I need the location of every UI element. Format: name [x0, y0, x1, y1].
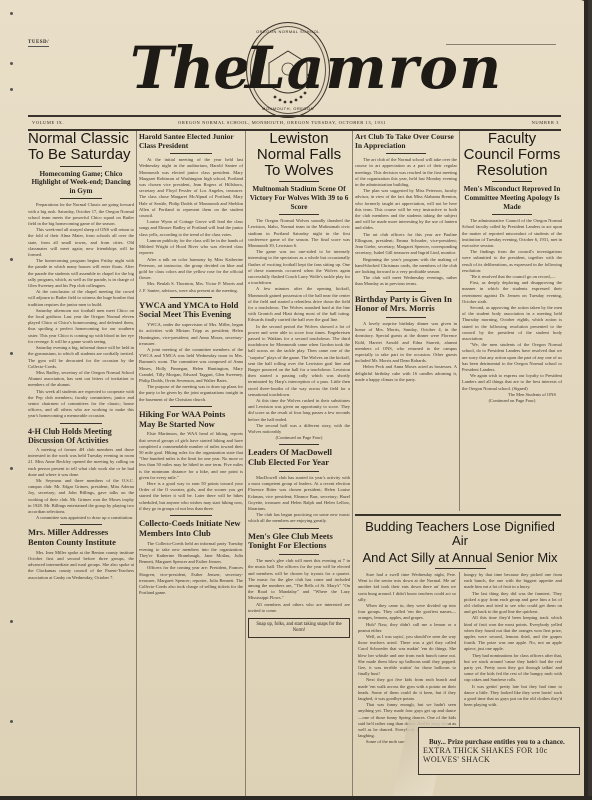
article-deck: Homecoming Game; Chico Highlight of Week… — [28, 170, 134, 196]
article: Men's Glee Club Meets Tonight For Electi… — [248, 532, 350, 614]
column-rule — [245, 131, 246, 796]
punch-hole — [10, 352, 13, 355]
column-2: Harold Santee Elected Junior Class Presi… — [139, 131, 243, 796]
divider — [60, 423, 102, 424]
column-1: Normal Classic To Be Saturday Homecoming… — [28, 131, 134, 796]
article: Collecto-Coeds Initiate New Members Into… — [139, 519, 243, 596]
divider — [170, 297, 212, 298]
article-headline: Lewiston Normal Falls To Wolves — [248, 131, 350, 178]
divider — [279, 181, 320, 182]
article: Normal Classic To Be Saturday Homecoming… — [28, 131, 134, 420]
divider — [170, 153, 212, 154]
continued-note: (Continued on Page Four) — [248, 435, 350, 441]
article-body: The art club of the Normal school will t… — [355, 157, 457, 287]
article: Hiking For WAA Points May Be Started Now… — [139, 410, 243, 512]
article: Faculty Council Forms Resolution Men's M… — [462, 131, 562, 404]
divider — [386, 317, 427, 318]
punch-hole — [10, 88, 13, 91]
masthead: The OREGON NORMAL SCHOOL MONMOUTH, OREGO… — [110, 30, 490, 110]
article-body: Mrs. Inez Miller spoke at the Benton cou… — [28, 550, 134, 581]
divider — [60, 166, 102, 167]
article-body-right: hungry by that time because they picked … — [464, 572, 562, 746]
article-body: Elsie Martinson, the WAA head of hiking,… — [139, 431, 243, 512]
page-edge — [0, 796, 592, 800]
article-deck: Multnomah Stadium Scene Of Victory For W… — [248, 185, 350, 211]
masthead-the: The — [130, 34, 249, 102]
article-headline: Birthday Party is Given In Honor of Mrs.… — [355, 295, 457, 315]
article: Mrs. Miller Addresses Benton County Inst… — [28, 528, 134, 581]
divider — [492, 181, 532, 182]
article-body: At the initial meeting of the year held … — [139, 157, 243, 293]
punch-hole — [10, 62, 13, 65]
article-headline: Hiking For WAA Points May Be Started Now — [139, 410, 243, 430]
article-deck: Men's Misconduct Reproved In Committee M… — [462, 185, 562, 211]
masthead-name: Lamron — [245, 34, 502, 102]
column-rule — [352, 131, 353, 796]
article-body: The administrative Council of the Oregon… — [462, 218, 562, 404]
article-headline: 4-H Club Holds Meeting Discussion Of Act… — [28, 427, 134, 445]
article-headline: Normal Classic To Be Saturday — [28, 131, 134, 163]
article-body: YWCA, under the supervision of Mrs. Mill… — [139, 322, 243, 403]
divider — [170, 515, 212, 516]
article-headline: Budding Teachers Lose Dignified Air — [358, 520, 562, 547]
article-body: The men's glee club will meet this eveni… — [248, 558, 350, 614]
column-3: Lewiston Normal Falls To Wolves Multnoma… — [248, 131, 350, 796]
divider — [386, 291, 427, 292]
punch-hole — [10, 12, 13, 15]
divider — [492, 214, 532, 215]
article-body: The Collecto-Coeds held an informal part… — [139, 541, 243, 597]
article-headline: Faculty Council Forms Resolution — [462, 131, 562, 178]
article-body: MacDowell club has started its year's ac… — [248, 475, 350, 525]
senior-mix-article: Budding Teachers Lose Dignified Air And … — [358, 520, 562, 746]
divider — [279, 214, 320, 215]
column-rule — [136, 131, 137, 796]
snap-notice-box: Snap up, folks, and start taking snaps f… — [248, 618, 350, 638]
dateline: VOLUME IX. OREGON NORMAL SCHOOL, MONMOUT… — [28, 115, 561, 131]
continued-note: (Continued on Page Four) — [462, 398, 562, 404]
article: Art Club To Take Over Course In Apprecia… — [355, 133, 457, 288]
divider — [279, 444, 320, 445]
punch-hole — [10, 467, 13, 470]
divider — [170, 406, 212, 407]
article: Leaders Of MacDowell Club Elected For Ye… — [248, 448, 350, 524]
article-body: The Oregon Normal Wolves soundly thrashe… — [248, 218, 350, 441]
ad-offer: EXTRA THICK SHAKES FOR 10c — [419, 746, 579, 755]
divider — [279, 471, 320, 472]
column-rule — [459, 131, 460, 511]
ear-left: TUESD/ — [28, 40, 49, 47]
article-headline: Collecto-Coeds Initiate New Members Into… — [139, 519, 243, 539]
divider — [386, 153, 427, 154]
newspaper-page: TUESD/ The OREGON NORMAL SCHOOL MONMOUTH… — [0, 0, 588, 798]
divider — [60, 198, 102, 199]
article-headline: YWCA and YMCA to Hold Social Meet This E… — [139, 301, 243, 321]
senior-mix-body: Sure had a swell time Wednesday night, P… — [358, 572, 562, 746]
column-4: Art Club To Take Over Course In Apprecia… — [355, 131, 457, 511]
article-headline: Harold Santee Elected Junior Class Presi… — [139, 133, 243, 150]
article: Birthday Party is Given In Honor of Mrs.… — [355, 295, 457, 384]
article: 4-H Club Holds Meeting Discussion Of Act… — [28, 427, 134, 522]
senior-mix-rule — [355, 514, 561, 516]
article-headline: Mrs. Miller Addresses Benton County Inst… — [28, 528, 134, 548]
punch-hole — [10, 620, 13, 623]
divider — [279, 528, 320, 529]
date-location: OREGON NORMAL SCHOOL, MONMOUTH, OREGON T… — [178, 117, 386, 129]
article-headline: Art Club To Take Over Course In Apprecia… — [355, 133, 457, 150]
wolves-shack-ad: Buy... Prize purchase entitles you to a … — [418, 727, 580, 775]
divider — [60, 524, 102, 525]
article: Harold Santee Elected Junior Class Presi… — [139, 133, 243, 294]
volume-label: VOLUME IX. — [32, 117, 64, 129]
divider — [435, 568, 486, 569]
article-body: Preparations for the Normal Classic are … — [28, 202, 134, 419]
column-5: Faculty Council Forms Resolution Men's M… — [462, 131, 562, 511]
page-edge — [584, 0, 588, 800]
article-headline: Men's Glee Club Meets Tonight For Electi… — [248, 532, 350, 552]
punch-hole — [10, 258, 13, 261]
article: YWCA and YMCA to Hold Social Meet This E… — [139, 301, 243, 403]
divider — [279, 554, 320, 555]
issue-number: NUMBER 3 — [532, 117, 559, 129]
article-body: A meeting of former 4H club members and … — [28, 447, 134, 521]
punch-hole — [10, 720, 13, 723]
article: Lewiston Normal Falls To Wolves Multnoma… — [248, 131, 350, 441]
ad-shop-name: WOLVES' SHACK — [419, 755, 579, 764]
article-body: A lovely surprise birthday dinner was gi… — [355, 321, 457, 383]
article-headline: And Act Silly at Annual Senior Mix — [358, 551, 562, 565]
article-headline: Leaders Of MacDowell Club Elected For Ye… — [248, 448, 350, 468]
